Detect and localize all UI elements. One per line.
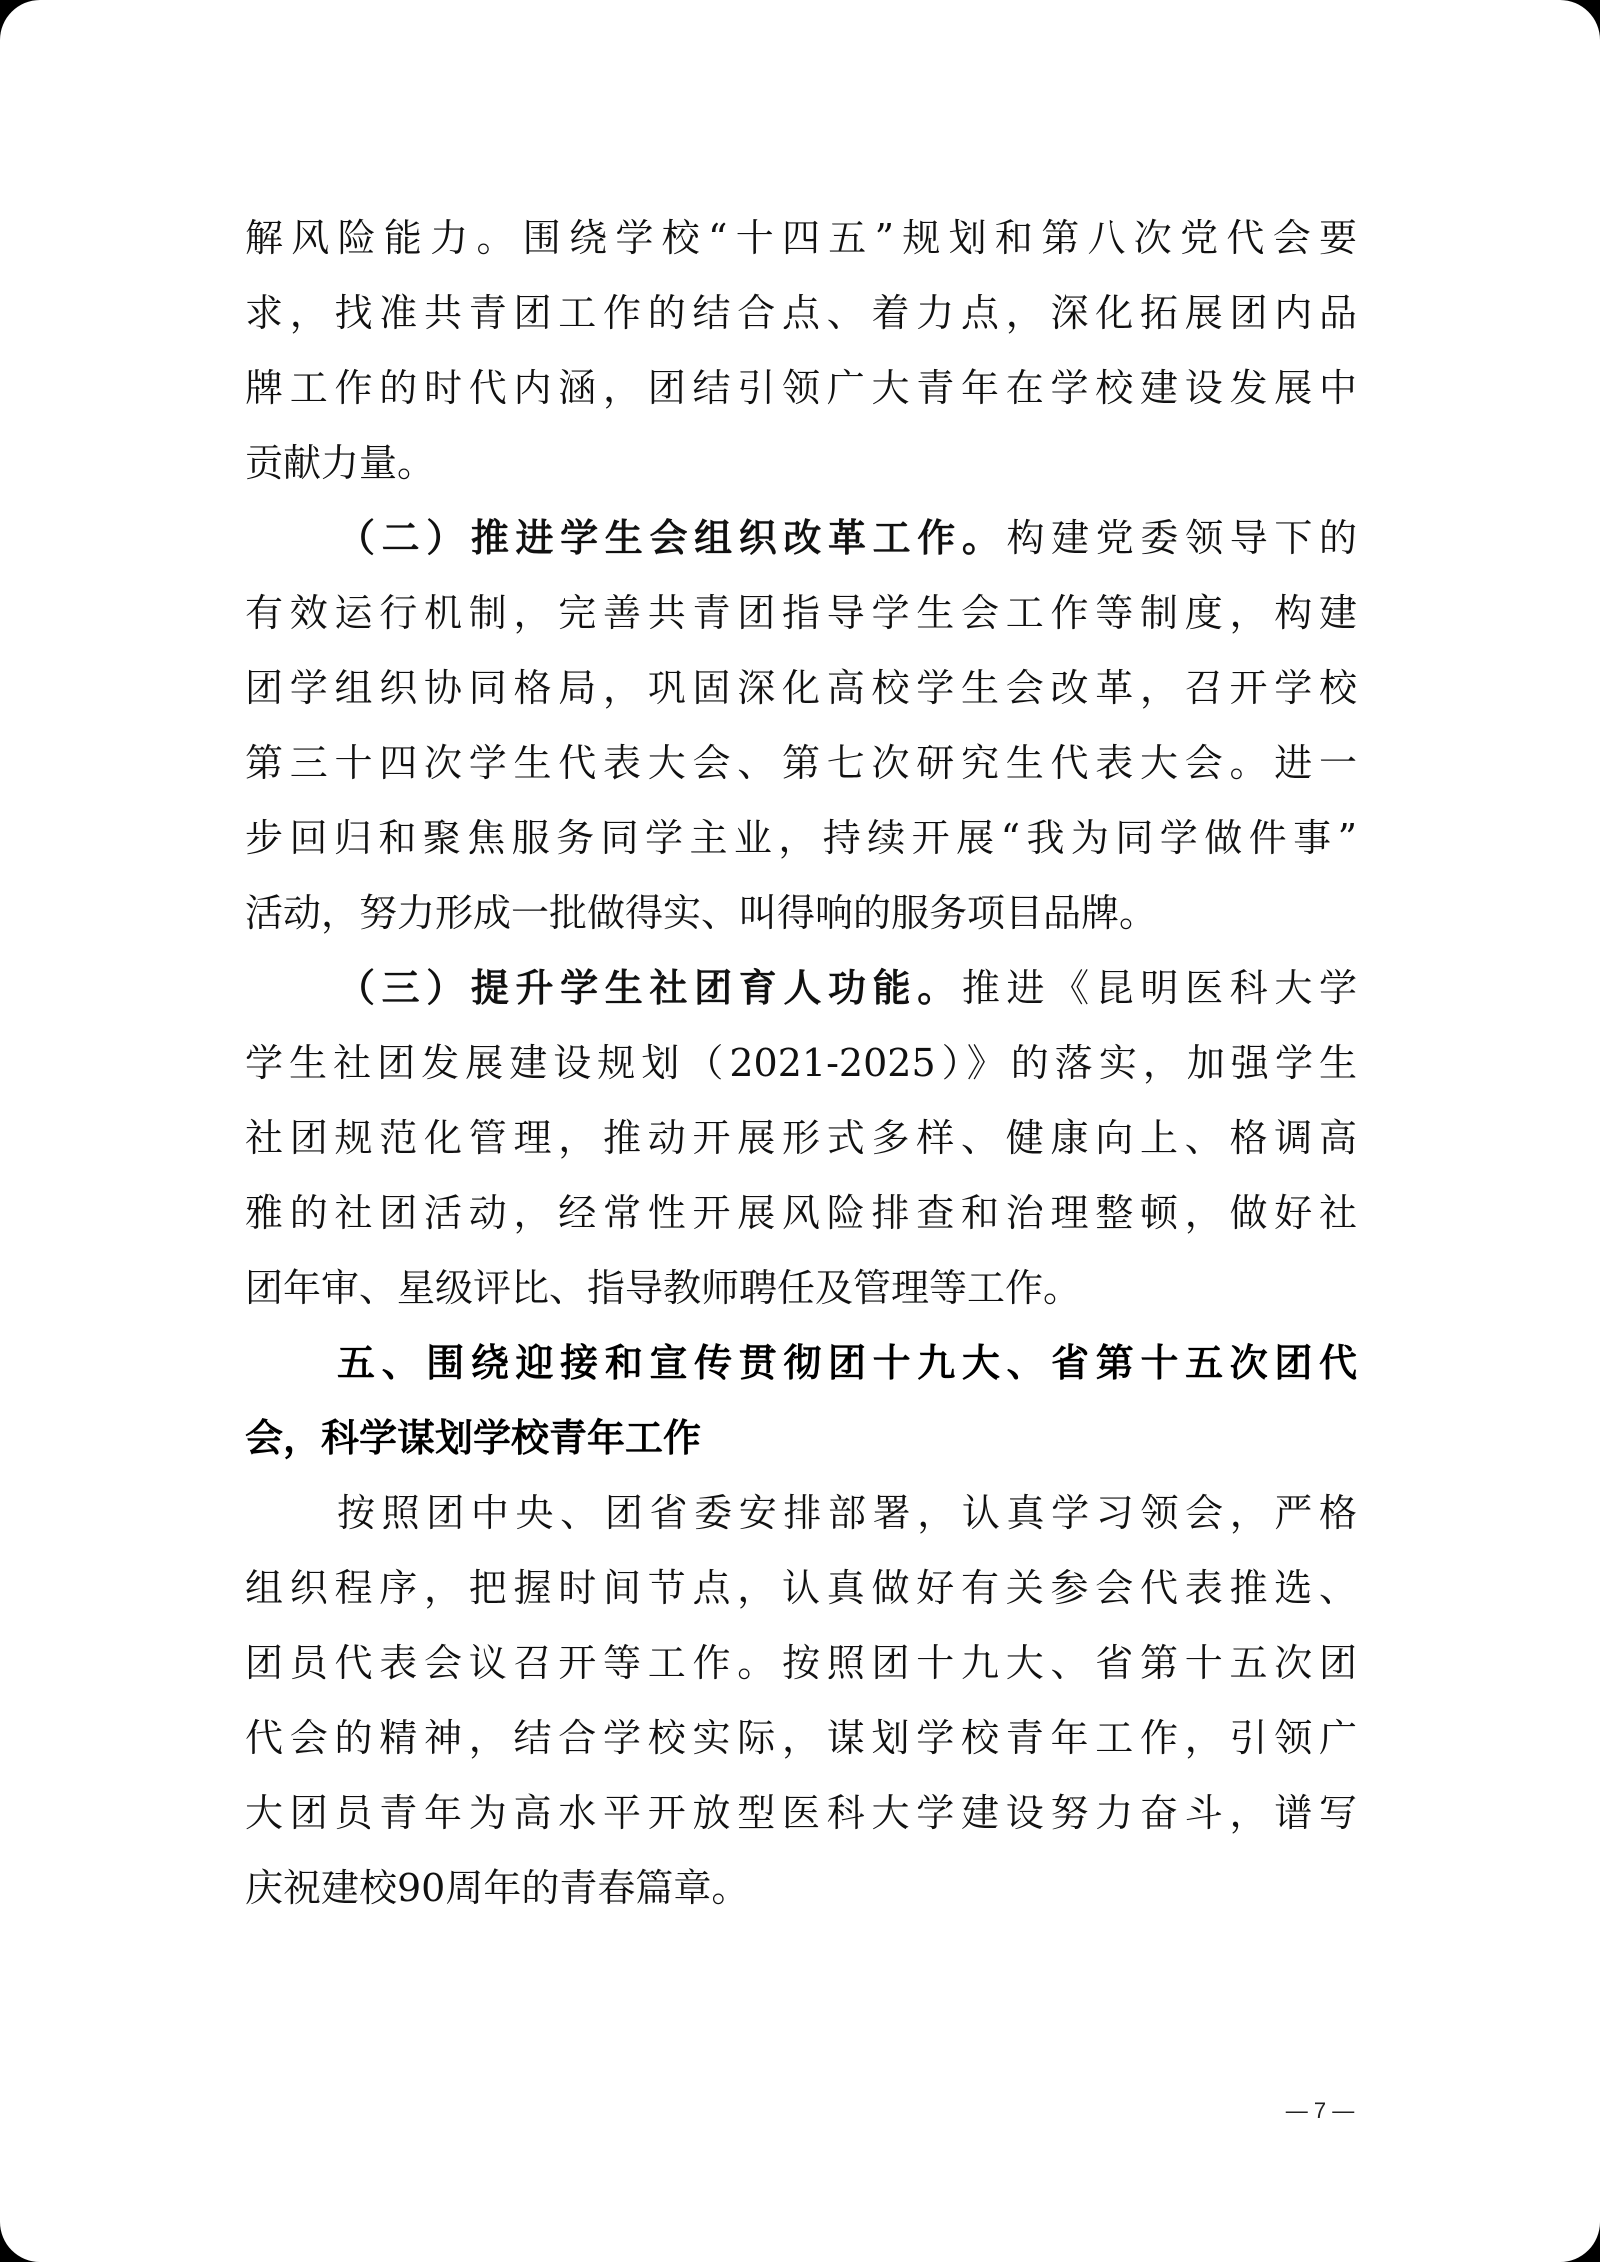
body-text-line: 有效运行机制，完善共青团指导学生会工作等制度，构建: [245, 583, 1357, 643]
body-text-line: 庆祝建校90周年的青春篇章。: [245, 1858, 1357, 1918]
body-text-line: 活动，努力形成一批做得实、叫得响的服务项目品牌。: [245, 883, 1357, 943]
section-3-first-line: （三）提升学生社团育人功能。推进《昆明医科大学: [337, 958, 1357, 1018]
page-number: — 7 —: [1280, 2098, 1360, 2124]
document-page: 解风险能力。围绕学校“十四五”规划和第八次党代会要 求，找准共青团工作的结合点、…: [0, 0, 1600, 2262]
body-text-line: 大团员青年为高水平开放型医科大学建设努力奋斗，谱写: [245, 1783, 1357, 1843]
body-text-line: 社团规范化管理，推动开展形式多样、健康向上、格调高: [245, 1108, 1357, 1168]
section-3-first-line-text: 推进《昆明医科大学: [962, 966, 1357, 1010]
section-2-first-line: （二）推进学生会组织改革工作。构建党委领导下的: [337, 508, 1357, 568]
body-text-line: 按照团中央、团省委安排部署，认真学习领会，严格: [337, 1483, 1357, 1543]
body-text-line: 第三十四次学生代表大会、第七次研究生代表大会。进一: [245, 733, 1357, 793]
section-2-first-line-text: 构建党委领导下的: [1007, 516, 1357, 560]
section-5-heading-line: 五、围绕迎接和宣传贯彻团十九大、省第十五次团代: [337, 1333, 1357, 1393]
body-text-line: 团员代表会议召开等工作。按照团十九大、省第十五次团: [245, 1633, 1357, 1693]
body-text-line: 团年审、星级评比、指导教师聘任及管理等工作。: [245, 1258, 1357, 1318]
body-text-line: 牌工作的时代内涵，团结引领广大青年在学校建设发展中: [245, 358, 1357, 418]
body-text-line: 求，找准共青团工作的结合点、着力点，深化拓展团内品: [245, 283, 1357, 343]
section-3-heading: （三）提升学生社团育人功能。: [337, 965, 962, 1010]
section-2-heading: （二）推进学生会组织改革工作。: [337, 515, 1007, 560]
body-text-line: 代会的精神，结合学校实际，谋划学校青年工作，引领广: [245, 1708, 1357, 1768]
body-text-line: 步回归和聚焦服务同学主业，持续开展“我为同学做件事”: [245, 808, 1357, 868]
body-text-line: 团学组织协同格局，巩固深化高校学生会改革，召开学校: [245, 658, 1357, 718]
body-text-line: 组织程序，把握时间节点，认真做好有关参会代表推选、: [245, 1558, 1357, 1618]
body-text-line: 雅的社团活动，经常性开展风险排查和治理整顿，做好社: [245, 1183, 1357, 1243]
body-text-line: 解风险能力。围绕学校“十四五”规划和第八次党代会要: [245, 208, 1357, 268]
body-text-line: 学生社团发展建设规划（2021-2025）》的落实，加强学生: [245, 1033, 1357, 1093]
section-5-heading-line: 会，科学谋划学校青年工作: [245, 1408, 1357, 1468]
body-text-line: 贡献力量。: [245, 433, 1357, 493]
